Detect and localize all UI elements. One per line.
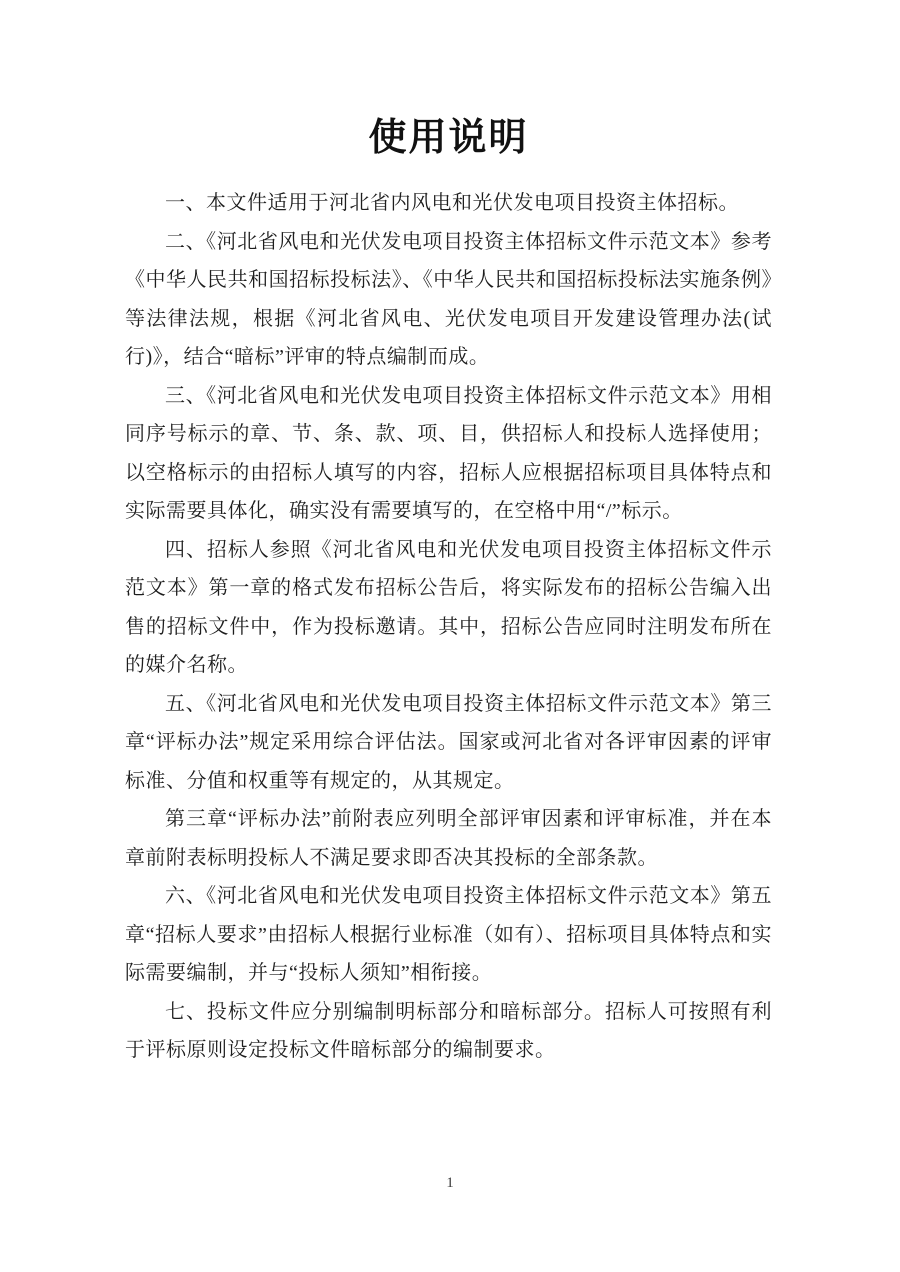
document-body: 一、本文件适用于河北省内风电和光伏发电项目投资主体招标。 二、《河北省风电和光伏… — [125, 184, 772, 1070]
paragraph-4: 四、招标人参照《河北省风电和光伏发电项目投资主体招标文件示范文本》第一章的格式发… — [125, 531, 772, 685]
paragraph-5: 五、《河北省风电和光伏发电项目投资主体招标文件示范文本》第三章“评标办法”规定采… — [125, 685, 772, 801]
paragraph-3: 三、《河北省风电和光伏发电项目投资主体招标文件示范文本》用相同序号标示的章、节、… — [125, 377, 772, 531]
paragraph-1: 一、本文件适用于河北省内风电和光伏发电项目投资主体招标。 — [125, 184, 772, 223]
page-number: 1 — [0, 1175, 900, 1192]
paragraph-6: 第三章“评标办法”前附表应列明全部评审因素和评审标准，并在本章前附表标明投标人不… — [125, 800, 772, 877]
document-page: 使用说明 一、本文件适用于河北省内风电和光伏发电项目投资主体招标。 二、《河北省… — [0, 0, 900, 1272]
page-title: 使用说明 — [125, 112, 772, 164]
paragraph-8: 七、投标文件应分别编制明标部分和暗标部分。招标人可按照有利于评标原则设定投标文件… — [125, 993, 772, 1070]
paragraph-7: 六、《河北省风电和光伏发电项目投资主体招标文件示范文本》第五章“招标人要求”由招… — [125, 877, 772, 993]
paragraph-2: 二、《河北省风电和光伏发电项目投资主体招标文件示范文本》参考《中华人民共和国招标… — [125, 223, 772, 377]
